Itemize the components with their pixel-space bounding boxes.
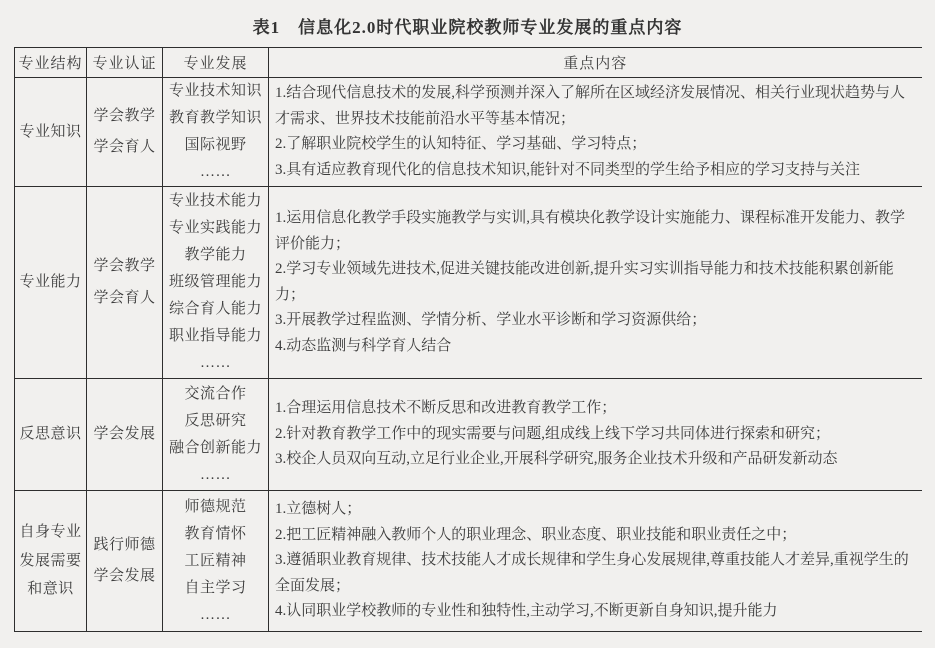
cell-certification: 学会教学 学会育人 — [87, 78, 163, 187]
page: { "caption": "表1 信息化2.0时代职业院校教师专业发展的重点内容… — [0, 0, 935, 648]
cell-development: 交流合作 反思研究 融合创新能力 …… — [163, 379, 269, 491]
header-row: 专业结构 专业认证 专业发展 重点内容 — [15, 48, 922, 78]
table-caption: 表1 信息化2.0时代职业院校教师专业发展的重点内容 — [0, 0, 935, 37]
cell-content: 1.立德树人； 2.把工匠精神融入教师个人的职业理念、职业态度、职业技能和职业责… — [269, 491, 922, 632]
cell-development: 专业技术能力 专业实践能力 教学能力 班级管理能力 综合育人能力 职业指导能力 … — [163, 187, 269, 379]
cell-development: 师德规范 教育情怀 工匠精神 自主学习 …… — [163, 491, 269, 632]
table-row-knowledge: 专业知识 学会教学 学会育人 专业技术知识 教育教学知识 国际视野 …… 1.结… — [15, 78, 922, 187]
cell-certification: 学会教学 学会育人 — [87, 187, 163, 379]
cell-certification: 学会发展 — [87, 379, 163, 491]
header-cell-certification: 专业认证 — [87, 48, 163, 78]
table-header: 专业结构 专业认证 专业发展 重点内容 — [15, 48, 922, 78]
cell-content: 1.结合现代信息技术的发展,科学预测并深入了解所在区域经济发展情况、相关行业现状… — [269, 78, 922, 187]
table-row-self-development: 自身专业 发展需要 和意识 践行师德 学会发展 师德规范 教育情怀 工匠精神 自… — [15, 491, 922, 632]
cell-development: 专业技术知识 教育教学知识 国际视野 …… — [163, 78, 269, 187]
header-cell-content: 重点内容 — [269, 48, 922, 78]
cell-structure: 专业知识 — [15, 78, 87, 187]
header-cell-structure: 专业结构 — [15, 48, 87, 78]
table-row-reflection: 反思意识 学会发展 交流合作 反思研究 融合创新能力 …… 1.合理运用信息技术… — [15, 379, 922, 491]
table-body: 专业知识 学会教学 学会育人 专业技术知识 教育教学知识 国际视野 …… 1.结… — [15, 78, 922, 632]
cell-structure: 专业能力 — [15, 187, 87, 379]
cell-certification: 践行师德 学会发展 — [87, 491, 163, 632]
cell-structure: 自身专业 发展需要 和意识 — [15, 491, 87, 632]
cell-structure: 反思意识 — [15, 379, 87, 491]
table-row-ability: 专业能力 学会教学 学会育人 专业技术能力 专业实践能力 教学能力 班级管理能力… — [15, 187, 922, 379]
content-table: 专业结构 专业认证 专业发展 重点内容 专业知识 学会教学 学会育人 专业技术知… — [14, 47, 922, 632]
cell-content: 1.合理运用信息技术不断反思和改进教育教学工作； 2.针对教育教学工作中的现实需… — [269, 379, 922, 491]
header-cell-development: 专业发展 — [163, 48, 269, 78]
cell-content: 1.运用信息化教学手段实施教学与实训,具有模块化教学设计实施能力、课程标准开发能… — [269, 187, 922, 379]
